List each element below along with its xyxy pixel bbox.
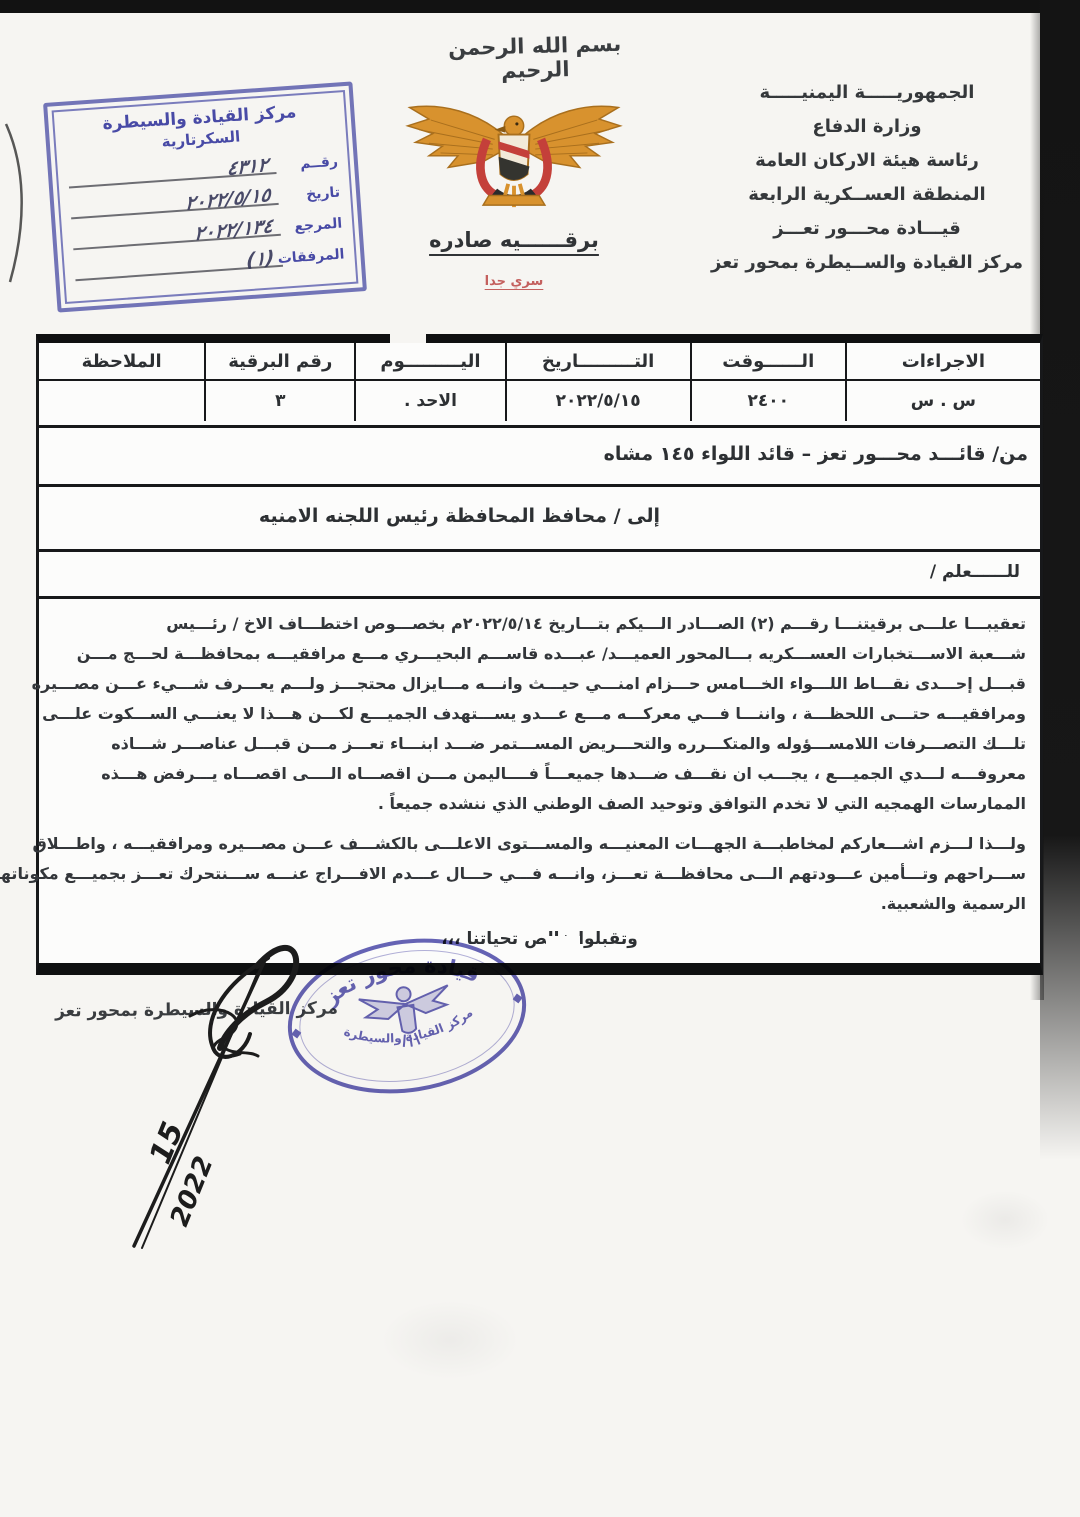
col-header-date: التـــــــــاريخ	[505, 343, 690, 381]
value-day: الاحد .	[354, 381, 504, 421]
registry-field-label: المرفقات	[282, 246, 345, 266]
telegram-table-header-row: الاجراءات الــــــوقت التـــــــــاريخ ا…	[39, 343, 1040, 381]
scan-notch	[390, 334, 426, 343]
value-telegram-number: ٣	[204, 381, 354, 421]
from-line: من/ قائـــد محـــور تعز – قائد اللواء ١٤…	[39, 425, 1040, 480]
body-line: شـــعبة الاســـتخبارات العســـكريه بـــا…	[53, 639, 1026, 669]
body-line: معروفـــه لـــدي الجميـــع ، يجـــب ان ن…	[53, 759, 1026, 789]
scan-smudge	[960, 1190, 1050, 1250]
yemen-eagle-emblem-icon	[398, 82, 630, 220]
col-header-time: الــــــوقت	[690, 343, 845, 381]
body-line: ســـراحهم وتـــأمين عـــودتهم الـــى محا…	[53, 859, 1026, 889]
letterhead-line: قيـــادة محـــور تعـــز	[702, 212, 1032, 246]
letterhead-line: وزارة الدفاع	[702, 110, 1032, 144]
letterhead-line: رئاسة هيئة الاركان العامة	[702, 144, 1032, 178]
body-line: ومرافقيـــه حتـــى اللحظـــة ، واننـــا …	[53, 699, 1026, 729]
signature-date-day: 15	[143, 1117, 191, 1169]
value-date: ٢٠٢٢/٥/١٥	[505, 381, 690, 421]
body-line: ولـــذا لـــزم اشـــعاركم لمخاطبـــة الج…	[53, 829, 1026, 859]
letterhead-line: الجمهوريـــــة اليمنيـــــة	[702, 76, 1032, 110]
col-header-procedures: الاجراءات	[845, 343, 1040, 381]
value-time: ٢٤٠٠	[690, 381, 845, 421]
body-line: الرسمية والشعبية.	[53, 889, 1026, 919]
classification-label: سري جدا	[398, 274, 630, 289]
telegram-table: الاجراءات الــــــوقت التـــــــــاريخ ا…	[36, 334, 1043, 975]
document-type-title: برقــــــيه صادره	[398, 228, 630, 252]
body-line: تعقيبـــا علـــى برقيتنـــا رقـــم (٢) ا…	[53, 609, 1026, 639]
letterhead-line: المنطقة العســكرية الرابعة	[702, 178, 1032, 212]
col-header-telegram-number: رقم البرقية	[204, 343, 354, 381]
registry-field-value: ٤٣١٢	[226, 154, 268, 180]
to-line: إلى / محافظ المحافظة رئيس اللجنه الامنيه	[39, 484, 1040, 545]
scan-smudge	[380, 1300, 520, 1380]
value-note	[39, 381, 204, 421]
body-line: الممارسات الهمجيه التي لا تخدم التوافق و…	[53, 789, 1026, 819]
value-procedures: س . س	[845, 381, 1040, 421]
handwritten-signature: 15 2022	[72, 928, 412, 1298]
letterhead-right-block: الجمهوريـــــة اليمنيـــــة وزارة الدفاع…	[702, 76, 1032, 280]
basmala-text: بسم الله الرحمن الرحيم	[419, 31, 650, 85]
registry-field-value: (١)	[246, 247, 275, 272]
scan-notch	[546, 936, 580, 949]
cc-line: للــــــعلم /	[39, 549, 1040, 592]
scan-edge-top	[0, 0, 1080, 13]
registry-stamp: مركز القيادة والسيطرة السكرتارية رقــم ٤…	[43, 81, 367, 312]
telegram-table-value-row: س . س ٢٤٠٠ ٢٠٢٢/٥/١٥ الاحد . ٣	[39, 381, 1040, 421]
scan-edge-right	[1040, 0, 1080, 1160]
letter-body: تعقيبـــا علـــى برقيتنـــا رقـــم (٢) ا…	[39, 596, 1040, 963]
col-header-note: الملاحظة	[39, 343, 204, 381]
letterhead-line: مركز القيادة والســيطرة بمحور تعز	[702, 246, 1032, 280]
paper-curl-artifact	[0, 118, 40, 288]
body-line: قبـــل إحـــدى نقـــاط اللـــواء الخـــا…	[53, 669, 1026, 699]
col-header-day: اليـــــــــوم	[354, 343, 504, 381]
body-line: تلـــك التصـــرفات اللامســـؤوله والمتكـ…	[53, 729, 1026, 759]
